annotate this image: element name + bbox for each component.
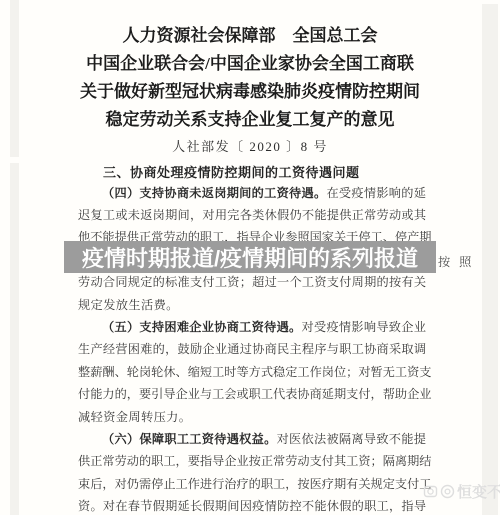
doc-title-line-4: 稳定劳动关系支持企业复工复产的意见 (40, 109, 460, 131)
document-photo: 人力资源社会保障部 全国总工会 中国企业联合会/中国企业家协会全国工商联 关于做… (0, 0, 500, 515)
at-circle-icon (440, 484, 455, 499)
body-text-line: 减轻资金周转压力。 (78, 409, 426, 426)
watermark-text: 恒变不变 (457, 481, 500, 502)
body-text-line: 劳动合同规定的标准支付工资；超过一个工资支付周期的按有关 (78, 274, 426, 291)
scan-edge-strip-right (482, 4, 498, 515)
body-text-line: 迟复工或未返岗期间，对用完各类休假仍不能提供正常劳动或其 (78, 207, 426, 224)
body-text-line: （五）支持困难企业协商工资待遇。对受疫情影响导致企业 (102, 319, 426, 336)
doc-title-line-3: 关于做好新型冠状病毒感染肺炎疫情防控期间 (40, 81, 460, 103)
peeking-text-fragment: 按照 (438, 253, 480, 270)
watermark: 恒变不变 (423, 481, 500, 502)
body-text-line: 规定发放生活费。 (78, 297, 426, 314)
body-text-line: 供正常劳动的职工，要指导企业按正常劳动支付其工资；隔离期结 (78, 453, 426, 470)
overlay-caption-banner: 疫情时期报道/疫情期间的系列报道 (64, 241, 436, 273)
scan-edge-strip-left-top (10, 0, 19, 157)
scan-edge-strip-left-bottom (10, 163, 19, 515)
overlay-caption-text: 疫情时期报道/疫情期间的系列报道 (82, 242, 418, 273)
body-text-line: （四）支持协商未返岗期间的工资待遇。在受疫情影响的延 (102, 185, 426, 202)
body-text-line: 生产经营困难的，鼓励企业通过协商民主程序与职工协商采取调 (78, 341, 426, 358)
camera-badge-icon (423, 484, 438, 499)
body-text-line: 整薪酬、轮岗轮休、缩短工时等方式稳定工作岗位；对暂无工资支 (78, 364, 426, 381)
doc-number: 人社部发〔 2020 〕8 号 (40, 136, 460, 155)
section-heading: 三、协商处理疫情防控期间的工资待遇问题 (103, 162, 360, 181)
body-text-line: （六）保障职工工资待遇权益。对医依法被隔离导致不能提 (102, 431, 426, 448)
body-text-line: 资。对在春节假期延长假期间因疫情防控不能休假的职工，指导 (78, 498, 426, 515)
body-text-line: 束后，对仍需停止工作进行治疗的职工，按医疗期有关规定支付工 (78, 476, 426, 493)
doc-title-line-1: 人力资源社会保障部 全国总工会 (40, 25, 460, 47)
body-text-line: 付能力的，要引导企业与工会或职工代表协商延期支付，帮助企业 (78, 386, 426, 403)
doc-title-line-2: 中国企业联合会/中国企业家协会全国工商联 (40, 53, 460, 75)
